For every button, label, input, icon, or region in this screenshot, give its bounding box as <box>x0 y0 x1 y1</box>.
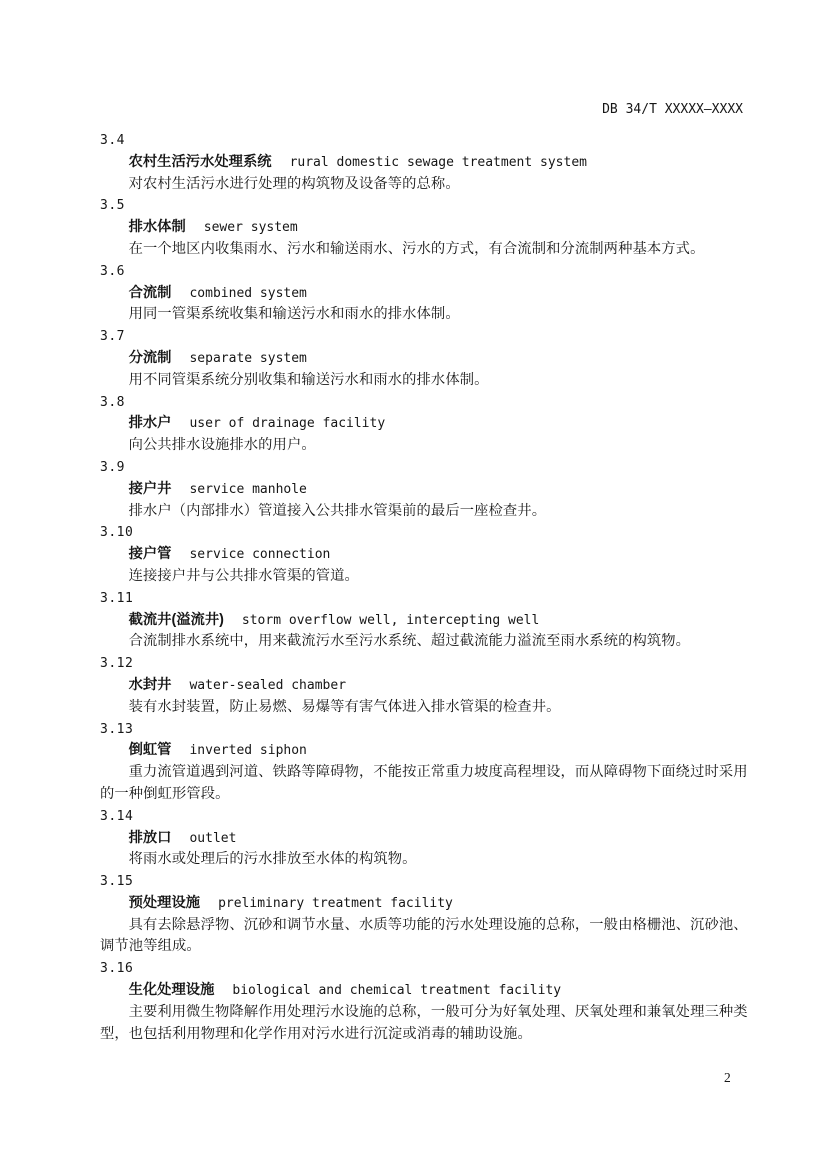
section-number: 3.11 <box>100 588 752 610</box>
section-number: 3.12 <box>100 653 752 675</box>
term-section-3-15: 3.15 预处理设施preliminary treatment facility… <box>100 871 752 958</box>
section-number: 3.10 <box>100 522 752 544</box>
term-english: rural domestic sewage treatment system <box>290 155 587 170</box>
section-number: 3.13 <box>100 719 752 741</box>
term-line: 排水户user of drainage facility <box>100 413 752 435</box>
term-line: 截流井(溢流井)storm overflow well, interceptin… <box>100 610 752 632</box>
term-line: 排放口outlet <box>100 828 752 850</box>
term-line: 生化处理设施biological and chemical treatment … <box>100 980 752 1002</box>
term-line: 农村生活污水处理系统rural domestic sewage treatmen… <box>100 152 752 174</box>
term-line: 排水体制sewer system <box>100 217 752 239</box>
term-english: service connection <box>189 547 330 562</box>
term-chinese: 排水户 <box>129 415 172 431</box>
term-definition: 将雨水或处理后的污水排放至水体的构筑物。 <box>100 849 752 871</box>
term-definition: 用不同管渠系统分别收集和输送污水和雨水的排水体制。 <box>100 370 752 392</box>
term-definition: 向公共排水设施排水的用户。 <box>100 435 752 457</box>
term-section-3-13: 3.13 倒虹管inverted siphon 重力流管道遇到河道、铁路等障碍物… <box>100 719 752 806</box>
term-chinese: 水封井 <box>129 677 172 693</box>
doc-number: DB 34/T XXXXX—XXXX <box>602 102 743 117</box>
page-footer: 2 <box>724 1070 731 1086</box>
term-line: 倒虹管inverted siphon <box>100 740 752 762</box>
term-chinese: 农村生活污水处理系统 <box>129 154 272 170</box>
term-definition: 用同一管渠系统收集和输送污水和雨水的排水体制。 <box>100 304 752 326</box>
term-section-3-14: 3.14 排放口outlet 将雨水或处理后的污水排放至水体的构筑物。 <box>100 806 752 871</box>
term-section-3-11: 3.11 截流井(溢流井)storm overflow well, interc… <box>100 588 752 653</box>
term-chinese: 接户井 <box>129 481 172 497</box>
term-english: outlet <box>189 831 236 846</box>
term-line: 合流制combined system <box>100 283 752 305</box>
term-section-3-6: 3.6 合流制combined system 用同一管渠系统收集和输送污水和雨水… <box>100 261 752 326</box>
term-line: 分流制separate system <box>100 348 752 370</box>
section-number: 3.4 <box>100 130 752 152</box>
section-number: 3.7 <box>100 326 752 348</box>
term-definition: 装有水封装置，防止易燃、易爆等有害气体进入排水管渠的检查井。 <box>100 697 752 719</box>
term-definition: 连接接户井与公共排水管渠的管道。 <box>100 566 752 588</box>
term-chinese: 截流井(溢流井) <box>129 612 224 628</box>
term-english: service manhole <box>189 482 306 497</box>
document-header: DB 34/T XXXXX—XXXX <box>602 100 743 120</box>
term-section-3-8: 3.8 排水户user of drainage facility 向公共排水设施… <box>100 392 752 457</box>
term-definition: 排水户（内部排水）管道接入公共排水管渠前的最后一座检查井。 <box>100 501 752 523</box>
section-number: 3.16 <box>100 958 752 980</box>
term-english: water-sealed chamber <box>189 678 346 693</box>
term-definition: 重力流管道遇到河道、铁路等障碍物，不能按正常重力坡度高程埋设，而从障碍物下面绕过… <box>100 762 752 806</box>
term-chinese: 预处理设施 <box>129 895 200 911</box>
term-definition: 具有去除悬浮物、沉砂和调节水量、水质等功能的污水处理设施的总称，一般由格栅池、沉… <box>100 915 752 959</box>
term-chinese: 分流制 <box>129 350 172 366</box>
term-section-3-10: 3.10 接户管service connection 连接接户井与公共排水管渠的… <box>100 522 752 587</box>
section-number: 3.5 <box>100 195 752 217</box>
section-number: 3.14 <box>100 806 752 828</box>
term-section-3-9: 3.9 接户井service manhole 排水户（内部排水）管道接入公共排水… <box>100 457 752 522</box>
terms-content: 3.4 农村生活污水处理系统rural domestic sewage trea… <box>100 130 752 1045</box>
section-number: 3.8 <box>100 392 752 414</box>
term-section-3-5: 3.5 排水体制sewer system 在一个地区内收集雨水、污水和输送雨水、… <box>100 195 752 260</box>
term-english: biological and chemical treatment facili… <box>232 983 561 998</box>
section-number: 3.9 <box>100 457 752 479</box>
term-section-3-16: 3.16 生化处理设施biological and chemical treat… <box>100 958 752 1045</box>
term-chinese: 排放口 <box>129 830 172 846</box>
term-definition: 对农村生活污水进行处理的构筑物及设备等的总称。 <box>100 174 752 196</box>
page-number: 2 <box>724 1070 731 1085</box>
term-section-3-12: 3.12 水封井water-sealed chamber 装有水封装置，防止易燃… <box>100 653 752 718</box>
document-page: DB 34/T XXXXX—XXXX 3.4 农村生活污水处理系统rural d… <box>0 0 826 1169</box>
term-chinese: 排水体制 <box>129 219 186 235</box>
term-section-3-4: 3.4 农村生活污水处理系统rural domestic sewage trea… <box>100 130 752 195</box>
section-number: 3.15 <box>100 871 752 893</box>
term-english: sewer system <box>204 220 298 235</box>
term-line: 接户管service connection <box>100 544 752 566</box>
term-english: storm overflow well, intercepting well <box>242 613 539 628</box>
term-english: separate system <box>189 351 306 366</box>
term-english: user of drainage facility <box>189 416 385 431</box>
term-chinese: 合流制 <box>129 285 172 301</box>
term-definition: 在一个地区内收集雨水、污水和输送雨水、污水的方式，有合流制和分流制两种基本方式。 <box>100 239 752 261</box>
term-line: 接户井service manhole <box>100 479 752 501</box>
term-english: combined system <box>189 286 306 301</box>
term-definition: 主要利用微生物降解作用处理污水设施的总称，一般可分为好氧处理、厌氧处理和兼氧处理… <box>100 1002 752 1046</box>
term-english: inverted siphon <box>189 743 306 758</box>
section-number: 3.6 <box>100 261 752 283</box>
term-definition: 合流制排水系统中，用来截流污水至污水系统、超过截流能力溢流至雨水系统的构筑物。 <box>100 631 752 653</box>
term-english: preliminary treatment facility <box>218 896 453 911</box>
term-chinese: 生化处理设施 <box>129 982 215 998</box>
term-section-3-7: 3.7 分流制separate system 用不同管渠系统分别收集和输送污水和… <box>100 326 752 391</box>
term-line: 水封井water-sealed chamber <box>100 675 752 697</box>
term-chinese: 倒虹管 <box>129 742 172 758</box>
term-line: 预处理设施preliminary treatment facility <box>100 893 752 915</box>
term-chinese: 接户管 <box>129 546 172 562</box>
